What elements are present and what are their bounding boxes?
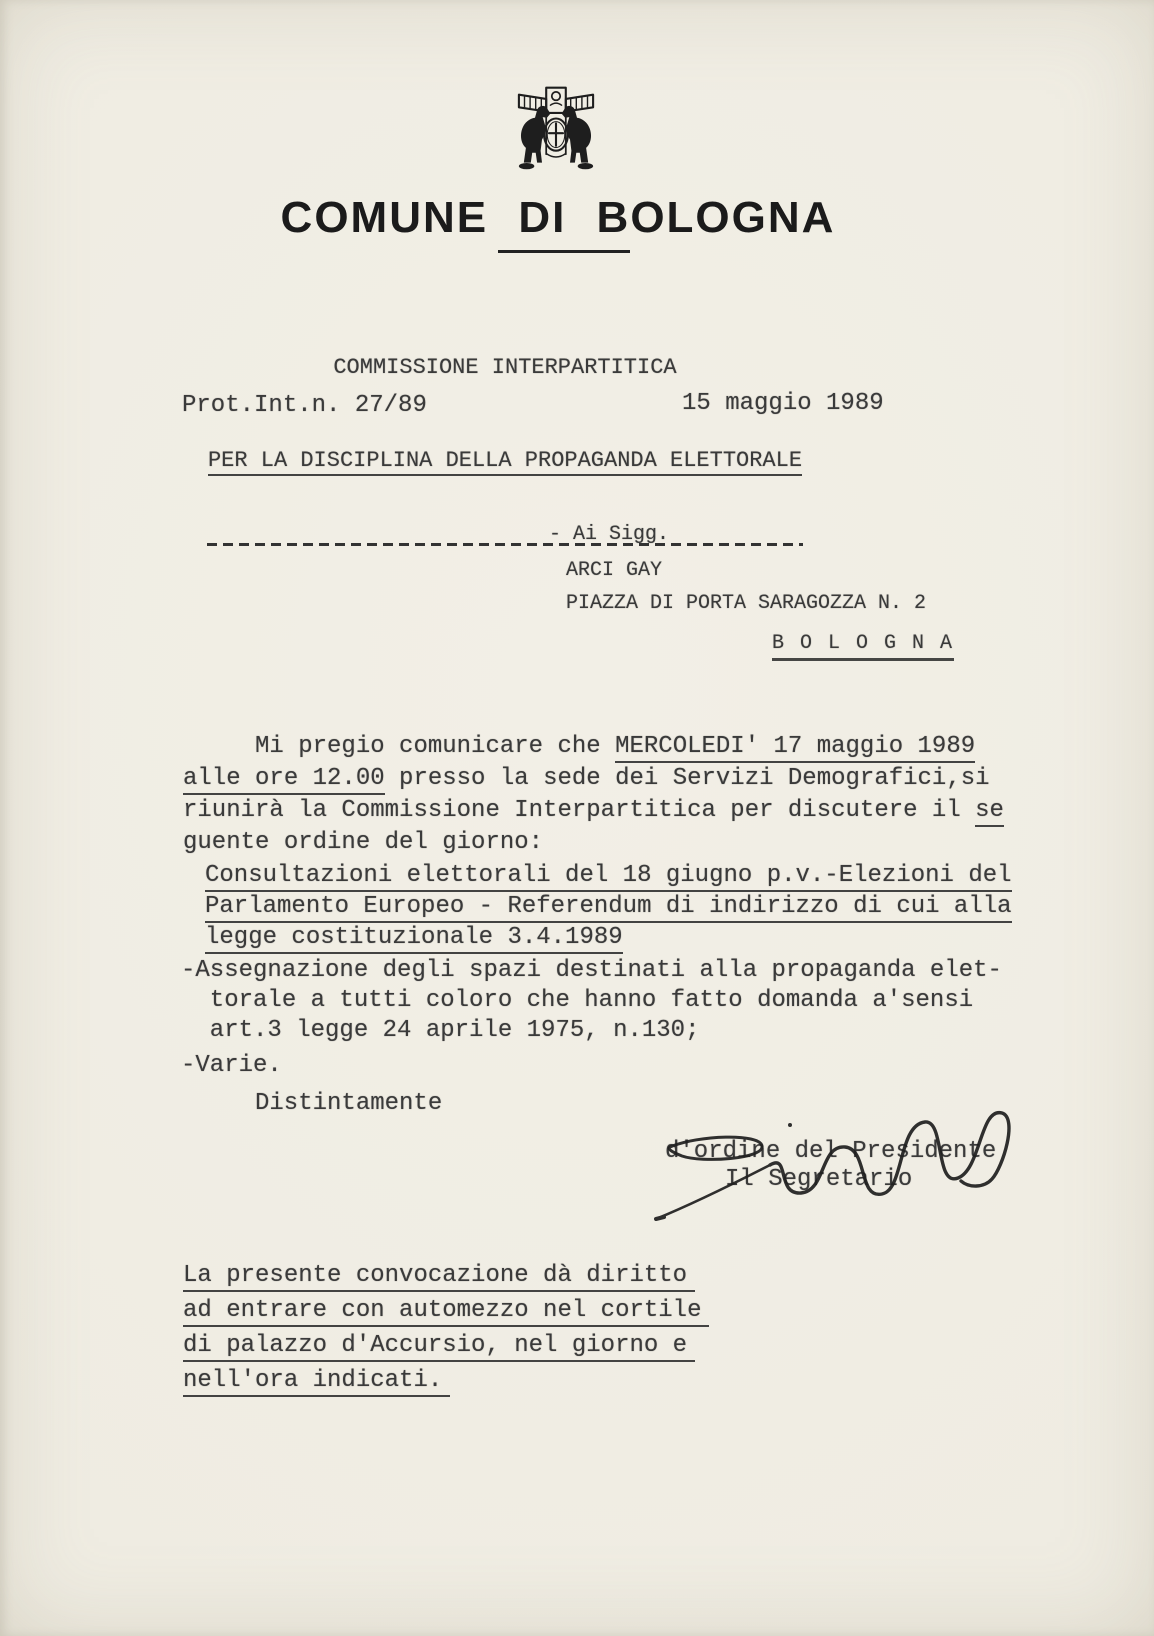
commission-heading: COMMISSIONE INTERPARTITICA PER LA DISCIP… xyxy=(205,290,805,608)
note-line: di palazzo d'Accursio, nel giorno e xyxy=(183,1332,695,1361)
protocol-number: Prot.Int.n. 27/89 xyxy=(182,392,427,421)
recipient-address: PIAZZA DI PORTA SARAGOZZA N. 2 xyxy=(566,592,926,616)
item-line: -Assegnazione degli spazi destinati alla… xyxy=(181,957,1002,986)
handwritten-signature xyxy=(640,1095,1020,1230)
agenda-line: legge costituzionale 3.4.1989 xyxy=(205,924,623,953)
note-line: nell'ora indicati. xyxy=(183,1367,450,1396)
title-rule xyxy=(498,250,630,253)
item-line: torale a tutti coloro che hanno fatto do… xyxy=(181,987,973,1016)
commission-line2: PER LA DISCIPLINA DELLA PROPAGANDA ELETT… xyxy=(205,445,805,476)
agenda-line: Parlamento Europeo - Referendum di indir… xyxy=(205,893,1012,922)
note-line: ad entrare con automezzo nel cortile xyxy=(183,1297,709,1326)
item-varie: -Varie. xyxy=(181,1052,282,1081)
coat-of-arms-emblem xyxy=(514,82,598,176)
recipient-salutation: - Ai Sigg. xyxy=(549,523,669,547)
note-line: La presente convocazione dà diritto xyxy=(183,1262,695,1291)
body-line: Mi pregio comunicare che MERCOLEDI' 17 m… xyxy=(183,733,975,762)
item-line: art.3 legge 24 aprile 1975, n.130; xyxy=(181,1017,699,1046)
body-line: riunirà la Commissione Interpartitica pe… xyxy=(183,797,1004,826)
scanned-letter-page: COMUNE DI BOLOGNA COMMISSIONE INTERPARTI… xyxy=(0,0,1154,1636)
agenda-line: Consultazioni elettorali del 18 giugno p… xyxy=(205,862,1012,891)
body-line: guente ordine del giorno: xyxy=(183,829,543,858)
body-line: alle ore 12.00 presso la sede dei Serviz… xyxy=(183,765,990,794)
commission-line1: COMMISSIONE INTERPARTITICA xyxy=(205,352,805,383)
recipient-city: B O L O G N A xyxy=(772,632,954,656)
dashed-rule xyxy=(207,543,803,546)
closing-formula: Distintamente xyxy=(255,1090,442,1119)
page-title: COMUNE DI BOLOGNA xyxy=(0,193,1116,243)
letter-date: 15 maggio 1989 xyxy=(682,390,884,419)
recipient-name: ARCI GAY xyxy=(566,559,662,583)
